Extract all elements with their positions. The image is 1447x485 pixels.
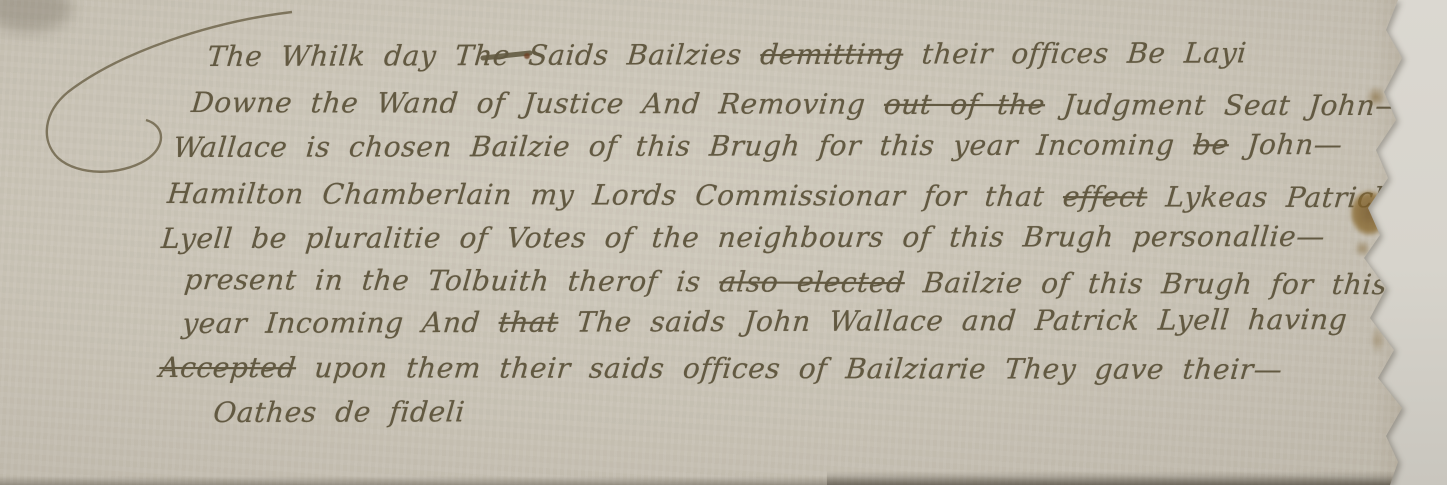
word-run: Lyell be pluralitie of Votes of the neig… (160, 220, 1326, 255)
struck-word: be (1192, 128, 1231, 161)
paper-shadow-wrap: The Whilk day The Saids Bailzies demitti… (0, 0, 1447, 485)
word-run: year Incoming And (181, 306, 500, 340)
edge-stain (1350, 190, 1388, 236)
struck-word: Accepted (158, 351, 298, 384)
manuscript-line: Oathes de fideli (212, 395, 466, 429)
manuscript-line: Wallace is chosen Bailzie of this Brugh … (172, 128, 1344, 164)
word-run: Wallace is chosen Bailzie of this Brugh … (172, 128, 1195, 164)
corner-smudge (0, 0, 72, 32)
struck-word: demitting (759, 38, 905, 71)
manuscript-line: Hamilton Chamberlain my Lords Commission… (166, 177, 1393, 214)
ink-speck (524, 53, 530, 59)
manuscript-line: year Incoming And that The saids John Wa… (181, 303, 1349, 340)
word-run: Judgment Seat John— (1044, 88, 1406, 122)
word-run: their offices Be Layi (902, 36, 1248, 70)
word-run: Bailzie of this Brugh for this (903, 266, 1388, 301)
struck-word: also elected (718, 265, 906, 299)
word-run: upon them their saids offices of Bailzia… (295, 351, 1284, 386)
paper-sheet: The Whilk day The Saids Bailzies demitti… (0, 0, 1447, 485)
manuscript-line: present in the Tolbuith therof is also e… (183, 263, 1389, 301)
word-run: Oathes de fideli (212, 395, 466, 429)
word-run: John— (1227, 128, 1343, 161)
struck-word: out of the (883, 88, 1047, 121)
word-run: Downe the Wand of Justice And Removing (190, 86, 886, 121)
manuscript-line: The Whilk day The Saids Bailzies demitti… (206, 36, 1248, 73)
manuscript-line: Downe the Wand of Justice And Removing o… (190, 86, 1406, 122)
struck-word: that (497, 306, 559, 339)
manuscript-line: Accepted upon them their saids offices o… (158, 351, 1284, 386)
manuscript-photo: The Whilk day The Saids Bailzies demitti… (0, 0, 1447, 485)
manuscript-line: Lyell be pluralitie of Votes of the neig… (160, 220, 1326, 255)
edge-stain (1354, 240, 1371, 257)
word-run: present in the Tolbuith therof is (183, 263, 721, 298)
edge-stain (1370, 326, 1385, 354)
torn-edge-shading (1373, 0, 1407, 485)
word-run: The saids John Wallace and Patrick Lyell… (557, 303, 1349, 339)
bottom-right-edge-shadow (827, 471, 1447, 485)
struck-word: effect (1062, 180, 1149, 213)
word-run: The Whilk day The Saids Bailzies (206, 38, 762, 73)
edge-stain (1366, 86, 1386, 108)
word-run: Hamilton Chamberlain my Lords Commission… (166, 177, 1065, 213)
